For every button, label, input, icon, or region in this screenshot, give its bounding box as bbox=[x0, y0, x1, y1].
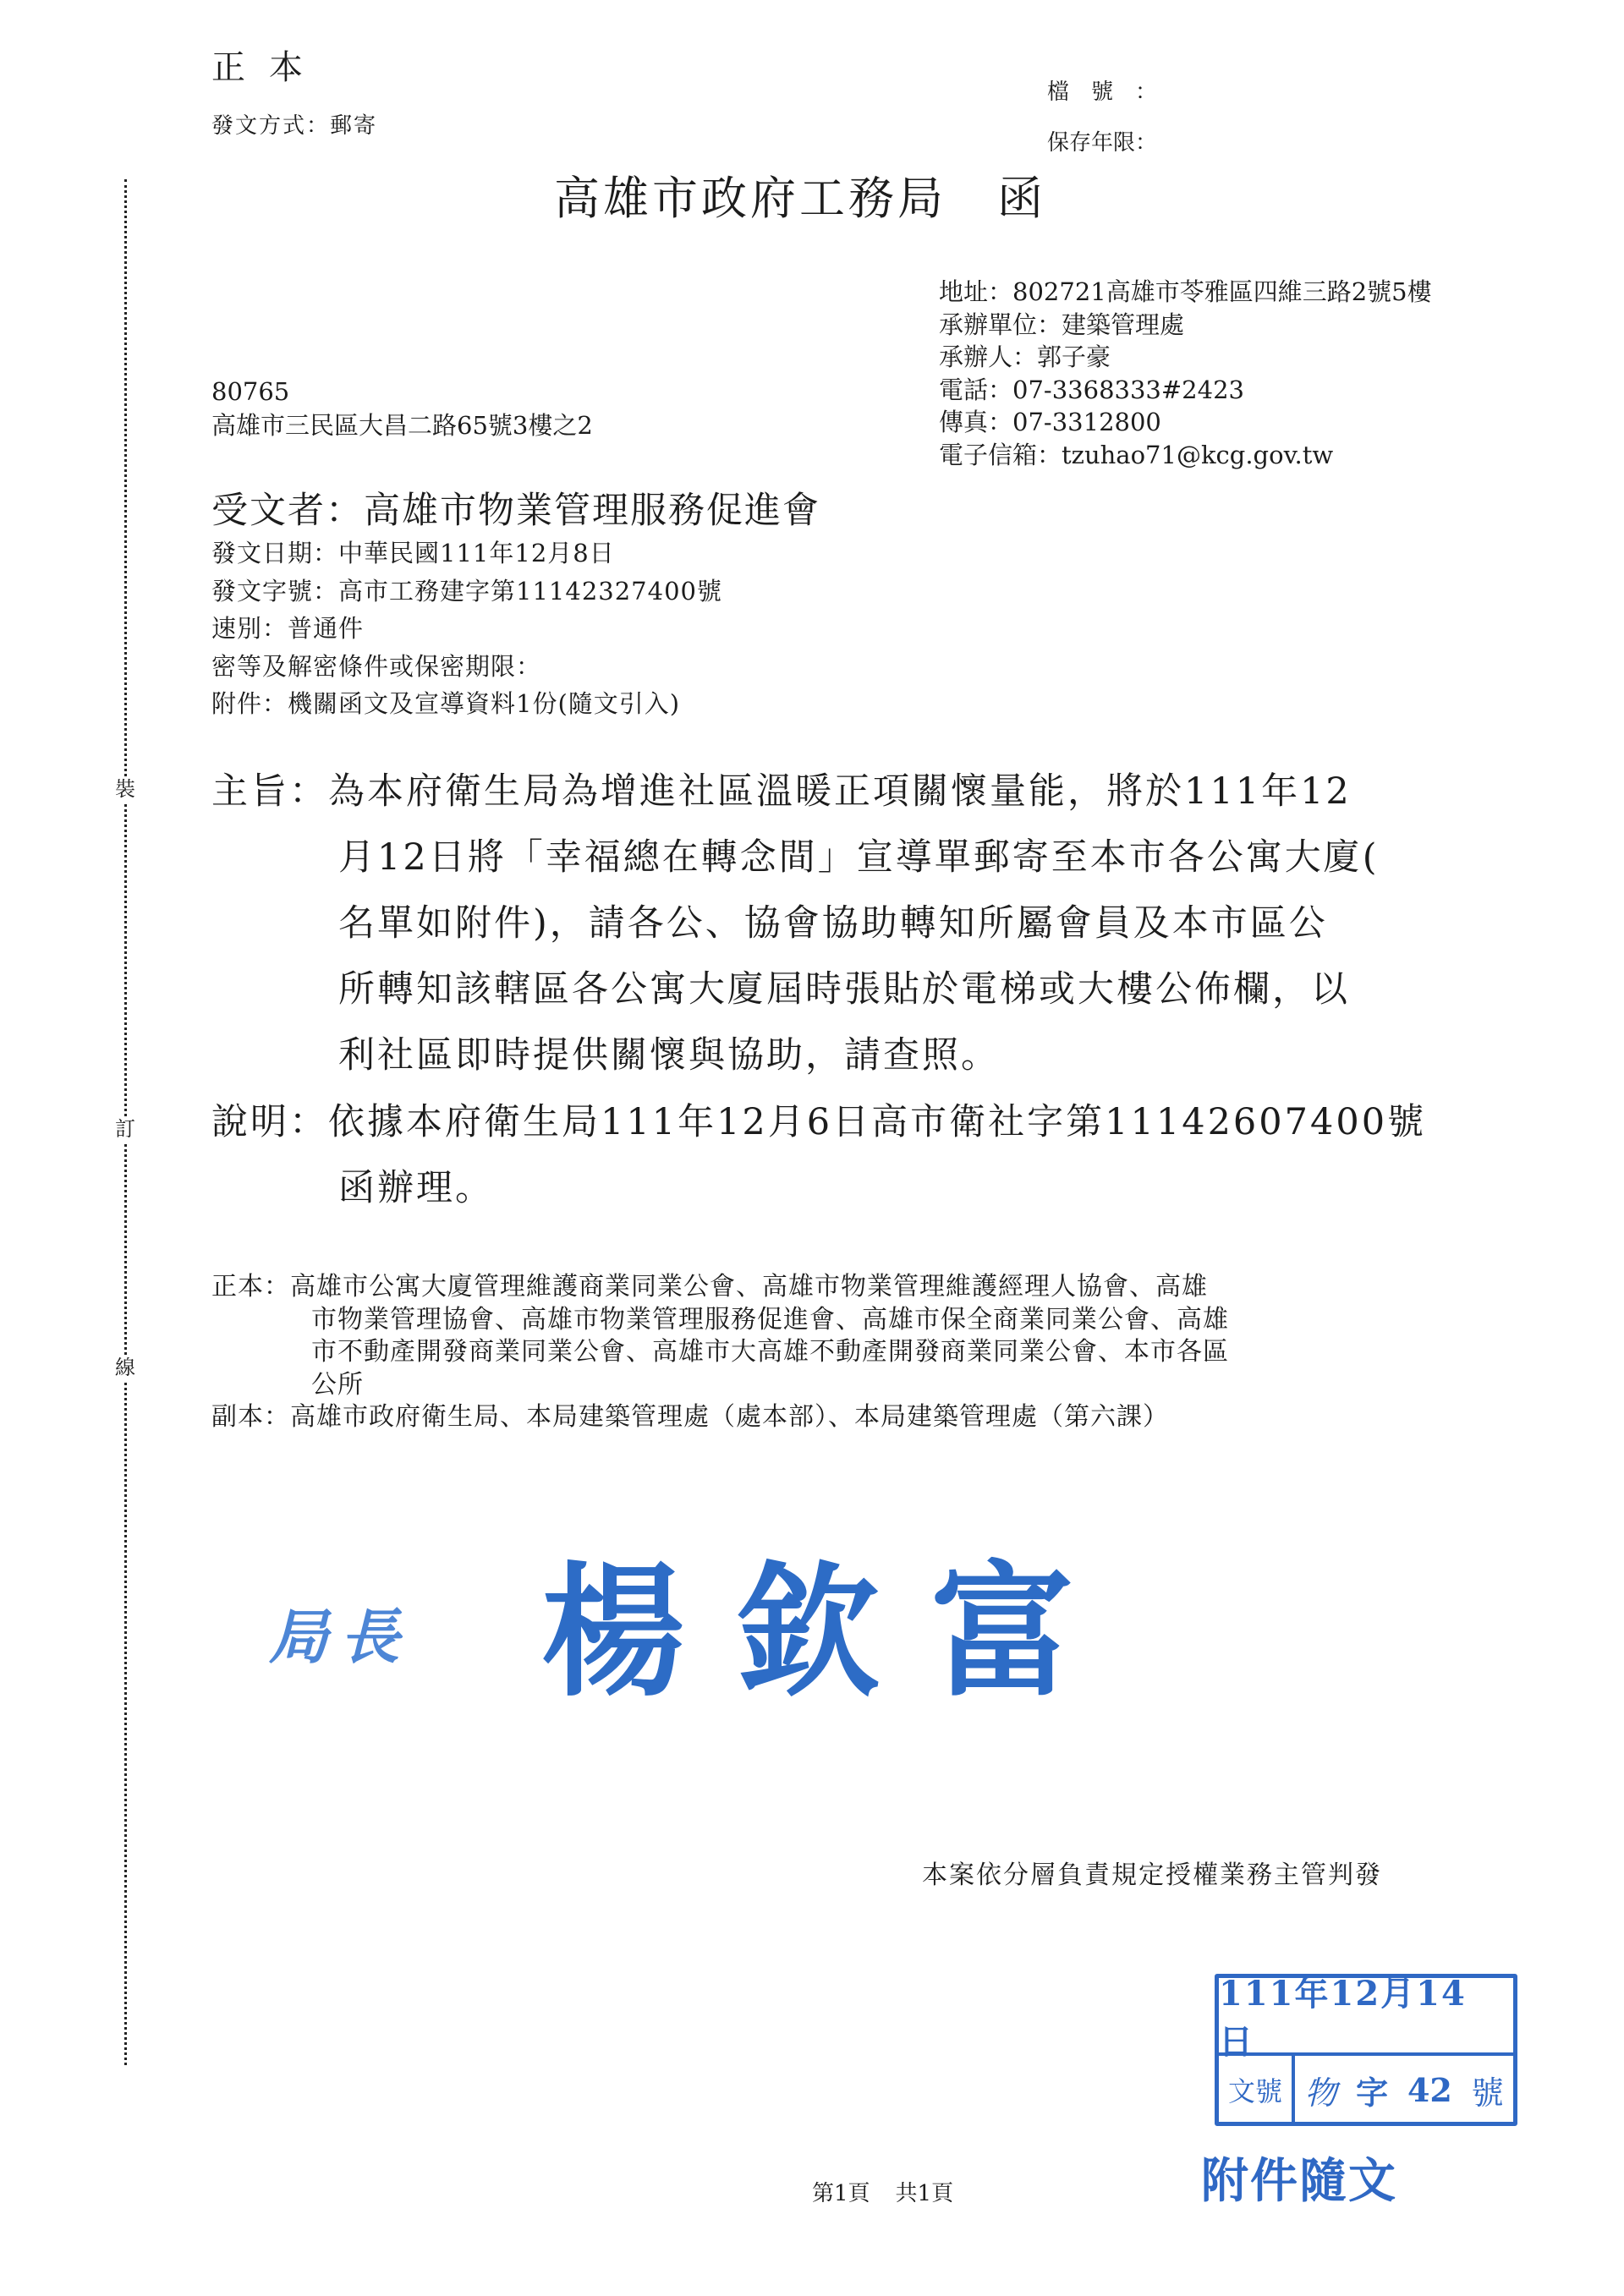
meta-label: 密等及解密條件或保密期限： bbox=[211, 652, 541, 681]
meta-label: 發文日期： bbox=[211, 539, 338, 567]
copy-text: 高雄市政府衛生局、本局建築管理處（處本部）、本局建築管理處（第六課） bbox=[290, 1402, 1169, 1432]
original-label: 正本： bbox=[211, 1272, 290, 1301]
binding-label-line: 線 bbox=[112, 1355, 138, 1380]
meta-value: 中華民國111年12月8日 bbox=[338, 539, 615, 567]
received-date: 111年12月14日 bbox=[1219, 1978, 1513, 2056]
meta-attachment: 附件：機關函文及宣導資料1份(隨文引入) bbox=[211, 685, 722, 723]
contact-label: 傳真： bbox=[939, 408, 1012, 436]
signature-name-stamp: 楊欽富 bbox=[541, 1548, 1125, 1717]
contact-fax: 傳真：07-3312800 bbox=[939, 406, 1432, 439]
subject-text: 為本府衛生局為增進社區溫暖正項關懷量能，將於111年12 bbox=[328, 770, 1352, 813]
meta-classification: 密等及解密條件或保密期限： bbox=[211, 648, 722, 686]
recipient-name: 高雄市物業管理服務促進會 bbox=[364, 490, 820, 532]
retention-period: 保存年限： bbox=[1047, 125, 1157, 156]
received-doc-number-label: 文號 bbox=[1219, 2056, 1295, 2123]
contact-officer: 承辦人：郭子豪 bbox=[939, 341, 1432, 374]
page-total: 共1頁 bbox=[896, 2181, 954, 2206]
copy-recipients-line: 副本：高雄市政府衛生局、本局建築管理處（處本部）、本局建築管理處（第六課） bbox=[211, 1401, 1229, 1434]
contact-label: 承辦單位： bbox=[939, 310, 1062, 339]
received-date-stamp: 111年12月14日 文號 物 字 42 號 bbox=[1215, 1974, 1517, 2126]
subject-line: 所轉知該轄區各公寓大廈屆時張貼於電梯或大樓公佈欄，以 bbox=[211, 956, 1380, 1022]
distribution-section: 正本：高雄市公寓大廈管理維護商業同業公會、高雄市物業管理維護經理人協會、高雄 市… bbox=[211, 1271, 1229, 1434]
document-title: 高雄市政府工務局函 bbox=[554, 162, 1046, 227]
doc-char: 字 bbox=[1356, 2067, 1388, 2113]
original-text: 高雄市公寓大廈管理維護商業同業公會、高雄市物業管理維護經理人協會、高雄 bbox=[290, 1272, 1208, 1301]
sender-contact-block: 地址：802721高雄市苓雅區四維三路2號5樓 承辦單位：建築管理處 承辦人：郭… bbox=[939, 276, 1432, 471]
file-number-label: 檔號： bbox=[1047, 74, 1157, 106]
explanation-text: 依據本府衛生局111年12月6日高市衛社字第11142607400號 bbox=[328, 1101, 1426, 1143]
contact-phone: 電話：07-3368333#2423 bbox=[939, 374, 1432, 407]
explanation-label: 說明： bbox=[211, 1101, 328, 1143]
meta-value: 普通件 bbox=[288, 614, 364, 643]
retention-label: 保存年限： bbox=[1047, 125, 1157, 156]
contact-email: 電子信箱：tzuhao71@kcg.gov.tw bbox=[939, 439, 1432, 472]
recipient-address-block: 80765 高雄市三民區大昌二路65號3樓之2 bbox=[211, 375, 593, 442]
meta-date: 發文日期：中華民國111年12月8日 bbox=[211, 534, 722, 573]
subject-line: 月12日將「幸福總在轉念間」宣導單郵寄至本市各公寓大廈( bbox=[211, 825, 1380, 890]
copy-mark: 正本 bbox=[211, 41, 326, 89]
contact-value: 建築管理處 bbox=[1062, 310, 1184, 339]
meta-label: 速別： bbox=[211, 614, 288, 643]
meta-doc-number: 發文字號：高市工務建字第11142327400號 bbox=[211, 573, 722, 611]
delegation-note: 本案依分層負責規定授權業務主管判發 bbox=[922, 1854, 1382, 1891]
original-recipients-line: 正本：高雄市公寓大廈管理維護商業同業公會、高雄市物業管理維護經理人協會、高雄 bbox=[211, 1271, 1229, 1304]
attachment-follows-stamp: 附件隨文 bbox=[1201, 2144, 1397, 2211]
meta-label: 發文字號： bbox=[211, 577, 338, 606]
recipient-address: 高雄市三民區大昌二路65號3樓之2 bbox=[211, 408, 593, 442]
recipient-label: 受文者： bbox=[211, 490, 364, 532]
explanation-line: 函辦理。 bbox=[211, 1155, 1426, 1221]
document-type: 函 bbox=[997, 172, 1046, 225]
meta-value: 高市工務建字第11142327400號 bbox=[338, 577, 722, 606]
contact-unit: 承辦單位：建築管理處 bbox=[939, 309, 1432, 342]
subject-label: 主旨： bbox=[211, 770, 328, 813]
explanation-section: 說明：依據本府衛生局111年12月6日高市衛社字第11142607400號 函辦… bbox=[211, 1089, 1426, 1221]
doc-prefix: 物 bbox=[1304, 2067, 1336, 2113]
binding-label-bind: 裝 bbox=[112, 776, 138, 802]
doc-suffix: 號 bbox=[1472, 2067, 1504, 2113]
recipient-zip: 80765 bbox=[211, 375, 593, 408]
contact-label: 電子信箱： bbox=[939, 441, 1062, 469]
subject-line: 名單如附件)，請各公、協會協助轉知所屬會員及本市區公 bbox=[211, 890, 1380, 956]
contact-value: tzuhao71@kcg.gov.tw bbox=[1062, 441, 1333, 469]
contact-value: 802721高雄市苓雅區四維三路2號5樓 bbox=[1012, 277, 1432, 306]
subject-line: 主旨：為本府衛生局為增進社區溫暖正項關懷量能，將於111年12 bbox=[211, 759, 1380, 825]
original-recipients-line: 市物業管理協會、高雄市物業管理服務促進會、高雄市保全商業同業公會、高雄 bbox=[211, 1304, 1229, 1337]
contact-value: 郭子豪 bbox=[1037, 342, 1111, 371]
original-recipients-line: 市不動產開發商業同業公會、高雄市大高雄不動產開發商業同業公會、本市各區 bbox=[211, 1336, 1229, 1369]
send-method-value: 郵寄 bbox=[330, 113, 377, 139]
send-method: 發文方式：郵寄 bbox=[211, 108, 377, 140]
original-recipients-line: 公所 bbox=[211, 1369, 1229, 1402]
document-meta: 發文日期：中華民國111年12月8日 發文字號：高市工務建字第111423274… bbox=[211, 534, 722, 723]
recipient: 受文者：高雄市物業管理服務促進會 bbox=[211, 482, 820, 534]
contact-value: 07-3312800 bbox=[1012, 408, 1161, 436]
subject-line: 利社區即時提供關懷與協助，請查照。 bbox=[211, 1022, 1380, 1088]
received-doc-number-row: 文號 物 字 42 號 bbox=[1219, 2056, 1513, 2123]
signature-title-stamp: 局長 bbox=[269, 1590, 411, 1675]
received-doc-number: 物 字 42 號 bbox=[1295, 2056, 1513, 2123]
explanation-line: 說明：依據本府衛生局111年12月6日高市衛社字第11142607400號 bbox=[211, 1089, 1426, 1155]
contact-label: 承辦人： bbox=[939, 342, 1037, 371]
meta-label: 附件： bbox=[211, 689, 288, 718]
file-number: 檔號： bbox=[1047, 74, 1157, 106]
binding-label-staple: 訂 bbox=[112, 1116, 138, 1142]
subject-section: 主旨：為本府衛生局為增進社區溫暖正項關懷量能，將於111年12 月12日將「幸福… bbox=[211, 759, 1380, 1088]
doc-number: 42 bbox=[1407, 2071, 1452, 2109]
meta-priority: 速別：普通件 bbox=[211, 610, 722, 648]
send-method-label: 發文方式： bbox=[211, 113, 330, 139]
contact-label: 電話： bbox=[939, 375, 1012, 404]
meta-value: 機關函文及宣導資料1份(隨文引入) bbox=[288, 689, 680, 718]
copy-label: 副本： bbox=[211, 1402, 290, 1432]
contact-label: 地址： bbox=[939, 277, 1012, 306]
contact-value: 07-3368333#2423 bbox=[1012, 375, 1244, 404]
agency-name: 高雄市政府工務局 bbox=[554, 172, 946, 225]
page-number: 第1頁共1頁 bbox=[812, 2176, 953, 2207]
page-current: 第1頁 bbox=[812, 2181, 870, 2206]
contact-address: 地址：802721高雄市苓雅區四維三路2號5樓 bbox=[939, 276, 1432, 309]
